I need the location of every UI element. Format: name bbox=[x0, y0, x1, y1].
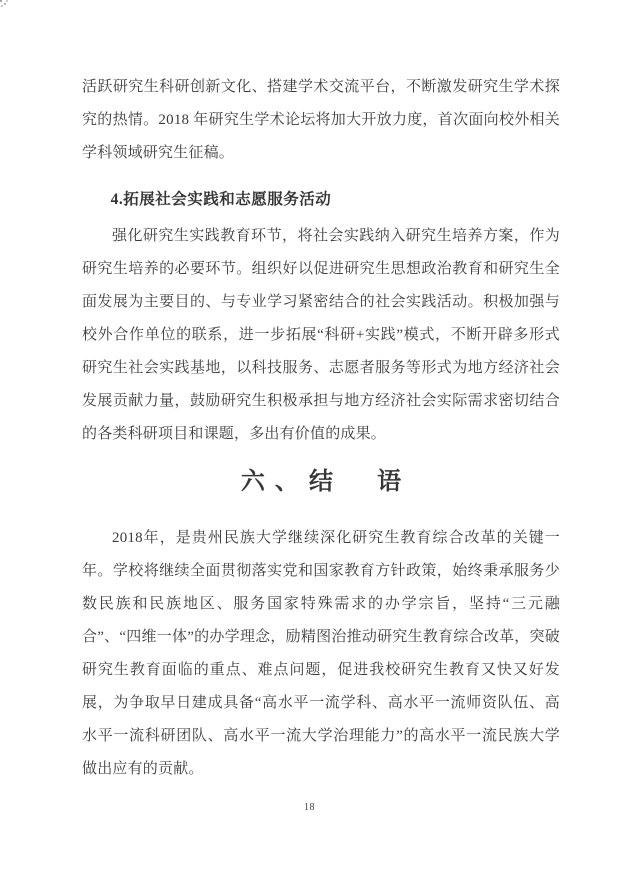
scan-artifact bbox=[0, 0, 2, 2]
chapter-heading-conclusion: 六、结 语 bbox=[82, 464, 560, 500]
page-number: 18 bbox=[0, 802, 619, 813]
paragraph-social-practice: 强化研究生实践教育环节，将社会实践纳入研究生培养方案，作为研究生培养的必要环节。… bbox=[82, 220, 560, 451]
document-page: 活跃研究生科研创新文化、搭建学术交流平台，不断激发研究生学术探究的热情。2018… bbox=[0, 0, 619, 875]
page-content: 活跃研究生科研创新文化、搭建学术交流平台，不断激发研究生学术探究的热情。2018… bbox=[82, 71, 560, 786]
paragraph-academic-forum: 活跃研究生科研创新文化、搭建学术交流平台，不断激发研究生学术探究的热情。2018… bbox=[82, 71, 560, 170]
paragraph-conclusion: 2018年，是贵州民族大学继续深化研究生教育综合改革的关键一年。学校将继续全面贯… bbox=[82, 522, 560, 786]
section-heading-social-practice: 4.拓展社会实践和志愿服务活动 bbox=[82, 183, 560, 216]
